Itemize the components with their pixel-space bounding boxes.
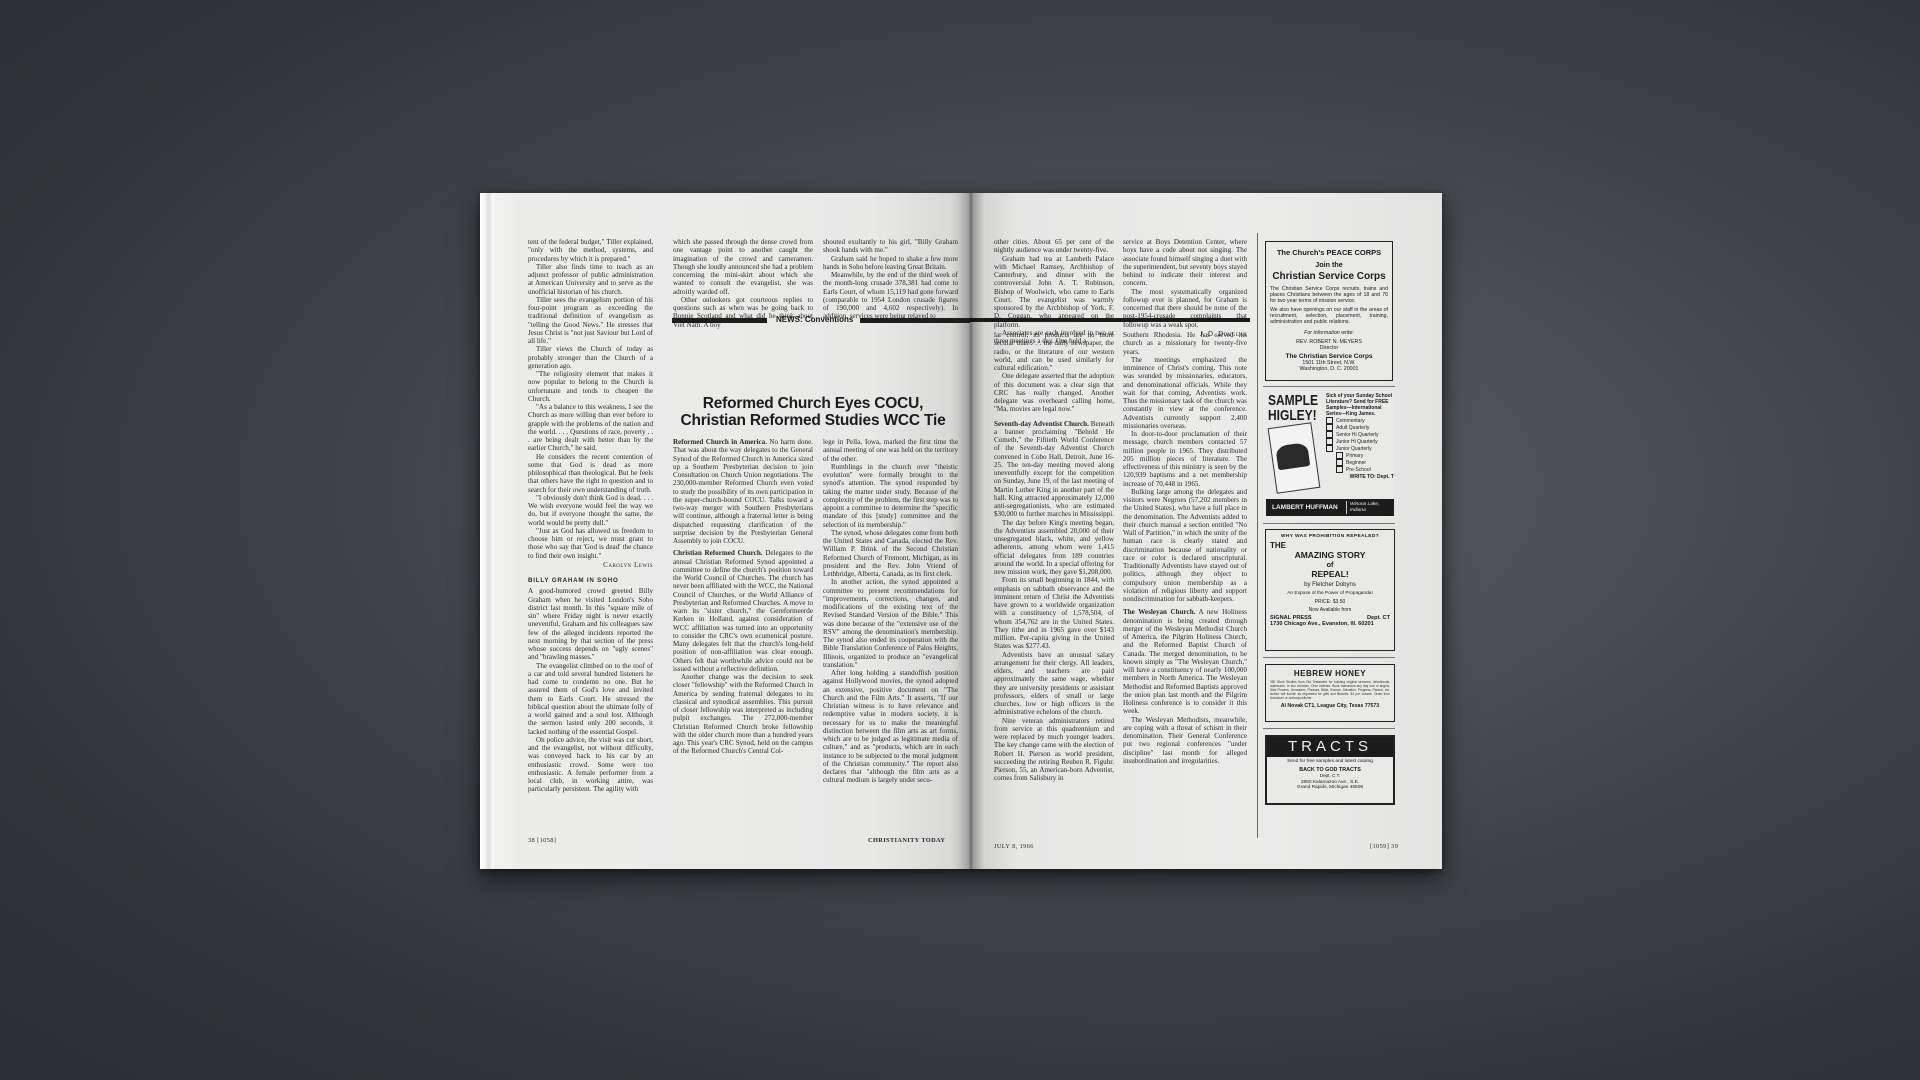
ad-christian-service-corps: The Church's PEACE CORPS Join the Christ… xyxy=(1265,241,1393,381)
paragraph: In another action, the synod appointed a… xyxy=(823,578,958,669)
paragraph: Reformed Church in America. No harm done… xyxy=(673,438,813,545)
section-rule-left xyxy=(672,318,767,323)
byline: Carolyn Lewis xyxy=(528,561,653,569)
left-column-2-bottom: Reformed Church in America. No harm done… xyxy=(673,438,813,756)
ad-column-rule xyxy=(1257,233,1258,838)
left-column-3-top: shouted exultantly to his girl, "Billy G… xyxy=(823,238,958,321)
checkbox[interactable] xyxy=(1326,431,1333,438)
checkbox[interactable] xyxy=(1326,424,1333,431)
paragraph: In door-to-door proclamation of their me… xyxy=(1123,430,1247,488)
paragraph: which she passed through the dense crowd… xyxy=(673,238,813,296)
paragraph: Christian Reformed Church. Delegates to … xyxy=(673,549,813,673)
paragraph: The day before King's meeting began, the… xyxy=(994,519,1114,577)
ad-hebrew-honey: HEBREW HONEY 350 Word Studies from Old T… xyxy=(1265,664,1395,722)
subhead: BILLY GRAHAM IN SOHO xyxy=(528,577,653,585)
paragraph: "The religiosity element that makes it n… xyxy=(528,370,653,403)
paragraph: lege in Pella, Iowa, marked the first ti… xyxy=(823,438,958,463)
paragraph: He considers the recent contention of so… xyxy=(528,453,653,494)
left-column-1: tent of the federal budget," Tiller expl… xyxy=(528,238,653,794)
paragraph: "I obviously don't think God is dead. . … xyxy=(528,494,653,527)
paragraph: The synod, whose delegates come from bot… xyxy=(823,529,958,579)
paragraph: other cities. About 65 per cent of the n… xyxy=(994,238,1114,255)
paragraph: The meetings emphasized the imminence of… xyxy=(1123,356,1247,430)
issue-date: JULY 8, 1966 xyxy=(994,843,1034,850)
page-number-right: [1059] 39 xyxy=(1370,843,1398,850)
page-edge xyxy=(480,193,494,869)
paragraph: Adventists have an unusual salary arrang… xyxy=(994,651,1114,717)
paragraph: The most systematically organized follow… xyxy=(1123,288,1247,329)
gutter-shadow xyxy=(958,193,984,869)
option-pre-school[interactable]: Pre-School xyxy=(1326,466,1394,473)
paragraph: Rumblings in the church over "theistic e… xyxy=(823,463,958,529)
right-column-1-bottom: lar control, its products are no more se… xyxy=(994,331,1114,783)
option-beginner[interactable]: Beginner xyxy=(1326,459,1394,466)
checkbox[interactable] xyxy=(1326,445,1333,452)
paragraph: Meanwhile, by the end of the third week … xyxy=(823,271,958,321)
magazine-title: CHRISTIANITY TODAY xyxy=(868,837,945,844)
option-commentary[interactable]: Commentary xyxy=(1326,417,1394,424)
paragraph: Nine veteran administrators retired from… xyxy=(994,717,1114,783)
higley-footer-bar: LAMBERT HUFFMAN Winona Lake, Indiana xyxy=(1266,499,1394,516)
section-rule-right xyxy=(860,318,970,323)
headline-line-1: Reformed Church Eyes COCU, xyxy=(663,395,963,412)
right-page: other cities. About 65 per cent of the n… xyxy=(970,193,1442,869)
paragraph: "Just as God has allowed us freedom to c… xyxy=(528,527,653,560)
paragraph: Graham said he hoped to shake a few more… xyxy=(823,255,958,272)
right-column-2-top: service at Boys Detention Center, where … xyxy=(1123,238,1247,338)
paragraph: Bulking large among the delegates and vi… xyxy=(1123,488,1247,604)
paragraph: After long holding a standoffish positio… xyxy=(823,669,958,785)
paragraph: Another change was the decision to seek … xyxy=(673,673,813,756)
ad-divider xyxy=(1263,657,1395,658)
ad-amazing-story-of-repeal: WHY WAS PROHIBITION REPEALED? THE AMAZIN… xyxy=(1265,529,1395,651)
paragraph: Southern Rhodesia. He has served his chu… xyxy=(1123,331,1247,356)
headline-line-2: Christian Reformed Studies WCC Tie xyxy=(663,412,963,429)
checkbox[interactable] xyxy=(1336,466,1343,473)
paragraph: shouted exultantly to his girl, "Billy G… xyxy=(823,238,958,255)
paragraph: One delegate asserted that the adoption … xyxy=(994,372,1114,413)
article-headline: Reformed Church Eyes COCU, Christian Ref… xyxy=(663,395,963,429)
paragraph: The Wesleyan Methodists, meanwhile, are … xyxy=(1123,716,1247,766)
paragraph: tent of the federal budget," Tiller expl… xyxy=(528,238,653,263)
book-illustration xyxy=(1268,422,1321,493)
ad-sample-higley: SAMPLE HIGLEY! Sick of your Sunday Schoo… xyxy=(1266,391,1394,519)
section-label: NEWS: Conventions xyxy=(776,315,853,324)
ad-divider xyxy=(1263,728,1395,729)
paragraph: Tiller views the Church of today as prob… xyxy=(528,345,653,370)
option-senior-hi[interactable]: Senior Hi Quarterly xyxy=(1326,431,1394,438)
ad-divider xyxy=(1263,523,1395,524)
magazine-spread: tent of the federal budget," Tiller expl… xyxy=(480,193,1442,869)
left-column-3-bottom: lege in Pella, Iowa, marked the first ti… xyxy=(823,438,958,785)
page-number-left: 38 [1058] xyxy=(528,837,556,844)
section-rule xyxy=(970,318,1250,322)
option-junior-hi[interactable]: Junior Hi Quarterly xyxy=(1326,438,1394,445)
checkbox[interactable] xyxy=(1326,438,1333,445)
ad-tracts: TRACTS Send for free samples and latest … xyxy=(1265,735,1395,805)
paragraph: Tiller sees the evangelism portion of hi… xyxy=(528,296,653,346)
ad-divider xyxy=(1263,386,1395,387)
paragraph: Seventh-day Adventist Church. Beneath a … xyxy=(994,420,1114,519)
right-column-1-top: other cities. About 65 per cent of the n… xyxy=(994,238,1114,345)
option-junior[interactable]: Junior Quarterly xyxy=(1326,445,1394,452)
paragraph: "As a balance to this weakness, I see th… xyxy=(528,403,653,453)
option-primary[interactable]: Primary xyxy=(1326,452,1394,459)
paragraph: A good-humored crowd greeted Billy Graha… xyxy=(528,587,653,661)
checkbox[interactable] xyxy=(1326,417,1333,424)
right-column-2-bottom: Southern Rhodesia. He has served his chu… xyxy=(1123,331,1247,765)
paragraph: Tiller also finds time to teach as an ad… xyxy=(528,263,653,296)
option-adult-quarterly[interactable]: Adult Quarterly xyxy=(1326,424,1394,431)
paragraph: The Wesleyan Church. A new Holiness deno… xyxy=(1123,608,1247,715)
higley-options: Sick of your Sunday School Literature? S… xyxy=(1326,393,1394,480)
paragraph: lar control, its products are no more se… xyxy=(994,331,1114,372)
left-page: tent of the federal budget," Tiller expl… xyxy=(480,193,970,869)
paragraph: service at Boys Detention Center, where … xyxy=(1123,238,1247,288)
paragraph: The evangelist climbed on to the roof of… xyxy=(528,662,653,736)
higley-headline: SAMPLE HIGLEY! xyxy=(1268,393,1316,423)
checkbox[interactable] xyxy=(1336,452,1343,459)
tracts-banner: TRACTS xyxy=(1267,737,1393,757)
checkbox[interactable] xyxy=(1336,459,1343,466)
paragraph: From its small beginning in 1844, with e… xyxy=(994,576,1114,650)
paragraph: On police advice, the visit was cut shor… xyxy=(528,736,653,794)
